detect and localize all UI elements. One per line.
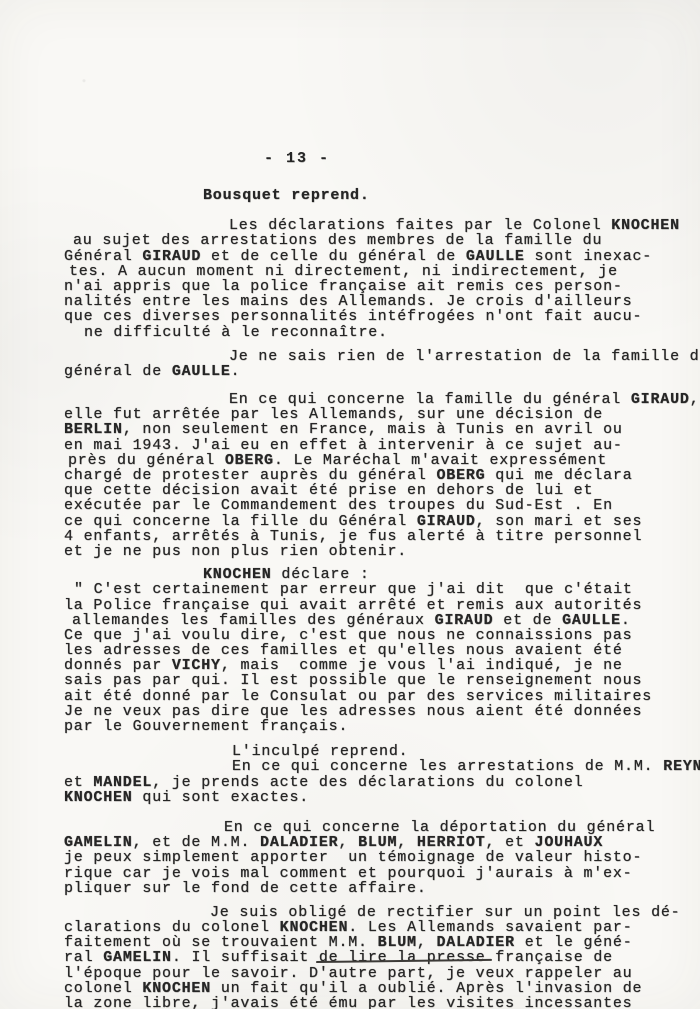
text-line: pliquer sur le fond de cette affaire. (64, 881, 664, 896)
text-line: 4 enfants, arrêtés à Tunis, je fus alert… (64, 529, 664, 544)
text-line: allemandes les familles des généraux GIR… (64, 613, 664, 628)
text-line: tes. A aucun moment ni directement, ni i… (64, 264, 664, 279)
text-line: BERLIN, non seulement en France, mais à … (64, 422, 664, 437)
text-line: " C'est certainement par erreur que j'ai… (64, 582, 664, 597)
paragraph-declarations-knochen: Les déclarations faites par le Colonel K… (64, 218, 664, 340)
page-number: - 13 - (64, 151, 664, 167)
text-line: n'ai appris que la police française ait … (64, 279, 664, 294)
text-line: En ce qui concerne les arrestations de M… (64, 759, 664, 774)
text-line: et MANDEL, je prends acte des déclaratio… (64, 775, 664, 790)
text-line: ral GAMELIN. Il suffisait de lire la pre… (64, 950, 664, 965)
text-line: par le Gouvernement français. (64, 719, 664, 734)
text-line: rique car je vois mal comment et pourquo… (64, 866, 664, 881)
pen-strike-mark: de lire la presse (319, 949, 486, 966)
text-line: la Police française qui avait arrêté et … (64, 598, 664, 613)
text-line: général de GAULLE. (64, 364, 664, 379)
text-line: je peux simplement apporter un témoignag… (64, 850, 664, 865)
text-line: Bousquet reprend. (64, 188, 664, 203)
document-text: Bousquet reprend.Les déclarations faites… (64, 188, 664, 1009)
text-line: ne difficulté à le reconnaître. (64, 325, 664, 340)
text-line: colonel KNOCHEN un fait qu'il a oublié. … (64, 981, 664, 996)
text-line: ce qui concerne la fille du Général GIRA… (64, 514, 664, 529)
text-line: et je ne pus non plus rien obtenir. (64, 544, 664, 559)
text-line: En ce qui concerne la déportation du gén… (64, 820, 664, 835)
heading-bousquet-reprend: Bousquet reprend. (64, 188, 664, 203)
text-line: Ce que j'ai voulu dire, c'est que nous n… (64, 628, 664, 643)
scanned-page: - 13 - Bousquet reprend.Les déclarations… (0, 0, 700, 1009)
paragraph-knochen-declare: KNOCHEN déclare :" C'est certainement pa… (64, 567, 664, 734)
text-line: près du général OBERG. Le Maréchal m'ava… (64, 453, 664, 468)
text-line: l'époque pour le savoir. D'autre part, j… (64, 966, 664, 981)
text-line: au sujet des arrestations des membres de… (64, 233, 664, 248)
text-line: Je ne sais rien de l'arrestation de la f… (64, 349, 664, 364)
text-line: chargé de protester auprès du général OB… (64, 468, 664, 483)
text-line: GAMELIN, et de M.M. DALADIER, BLUM, HERR… (64, 835, 664, 850)
text-line: exécutée par le Commandement des troupes… (64, 498, 664, 513)
text-line: ait été donné par le Consulat ou par des… (64, 689, 664, 704)
paragraph-famille-giraud: En ce qui concerne la famille du général… (64, 392, 664, 559)
text-line: Je suis obligé de rectifier sur un point… (64, 905, 664, 920)
text-line: que cette décision avait été prise en de… (64, 483, 664, 498)
text-line: clarations du colonel KNOCHEN. Les Allem… (64, 920, 664, 935)
text-line: en mai 1943. J'ai eu en effet à interven… (64, 438, 664, 453)
text-line: que ces diverses personnalités intéfrogé… (64, 309, 664, 324)
text-line: En ce qui concerne la famille du général… (64, 392, 664, 407)
text-line: Je ne veux pas dire que les adresses nou… (64, 704, 664, 719)
text-line: nalités entre les mains des Allemands. J… (64, 294, 664, 309)
text-line: Général GIRAUD et de celle du général de… (64, 249, 664, 264)
text-line: donnés par VICHY, mais comme je vous l'a… (64, 658, 664, 673)
text-line: L'inculpé reprend. (64, 744, 664, 759)
paragraph-deportation-gamelin: En ce qui concerne la déportation du gén… (64, 820, 664, 896)
text-line: la zone libre, j'avais été ému par les v… (64, 996, 664, 1009)
text-line: KNOCHEN déclare : (64, 567, 664, 582)
paragraph-rectification: Je suis obligé de rectifier sur un point… (64, 905, 664, 1009)
text-line: elle fut arrêtée par les Allemands, sur … (64, 407, 664, 422)
text-line: Les déclarations faites par le Colonel K… (64, 218, 664, 233)
text-line: les adresses de ces familles et qu'elles… (64, 643, 664, 658)
paragraph-inculpe-reprend: L'inculpé reprend.En ce qui concerne les… (64, 744, 664, 805)
paragraph-famille-de-gaulle: Je ne sais rien de l'arrestation de la f… (64, 349, 664, 379)
text-line: sais pas par qui. Il est possible que le… (64, 673, 664, 688)
text-line: KNOCHEN qui sont exactes. (64, 790, 664, 805)
